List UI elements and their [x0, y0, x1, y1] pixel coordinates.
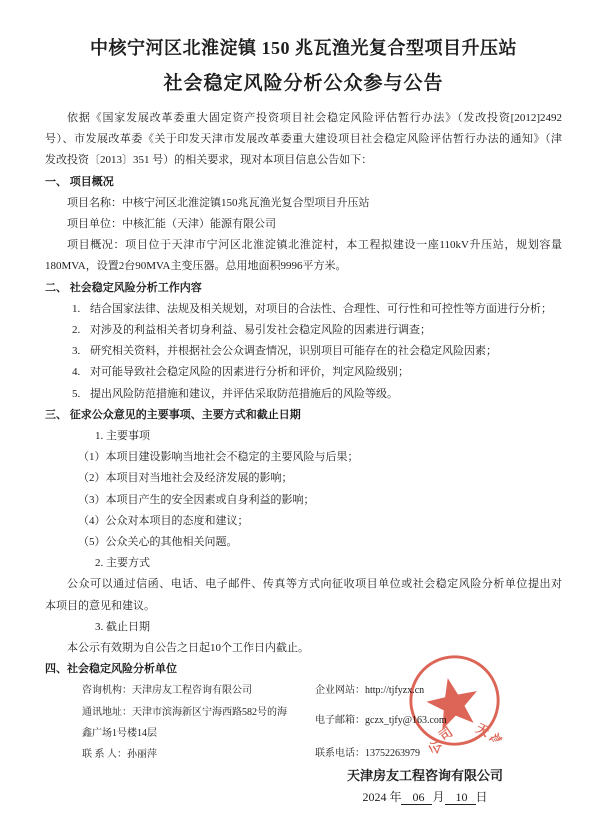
sub-section-title: 1. 主要事项 [95, 426, 562, 447]
contact-value: 13752263979 [365, 748, 420, 759]
contact-row-phone: 联系电话：13752263979 [315, 743, 562, 764]
contact-row-address: 通讯地址：天津市滨海新区宁海西路582号的海鑫广场1号楼14层 [82, 702, 294, 744]
date-month-value: 06 [401, 790, 432, 805]
risk-work-item: 3. 研究相关资料，并根据社会公众调查情况，识别项目可能存在的社会稳定风险因素； [72, 341, 562, 362]
deadline-paragraph: 本公示有效期为自公告之日起10个工作日内截止。 [45, 638, 562, 659]
section-1-heading: 一、 项目概况 [45, 172, 562, 193]
opinion-item: （4）公众对本项目的态度和建议； [78, 511, 562, 532]
risk-work-item: 5. 提出风险防范措施和建议，并评估采取防范措施后的风险等级。 [72, 384, 562, 405]
risk-work-item: 4. 对可能导致社会稳定风险的因素进行分析和评价，判定风险级别； [72, 362, 562, 383]
contact-value: 孙丽萍 [127, 749, 157, 760]
project-overview-line: 180MVA，设置2台90MVA主变压器。总用地面积9996平方米。 [45, 256, 562, 277]
opinion-item: （5）公众关心的其他相关问题。 [78, 532, 562, 553]
item-text: 对可能导致社会稳定风险的因素进行分析和评价，判定风险级别； [90, 362, 562, 383]
signature-company: 天津房友工程咨询有限公司 [340, 765, 510, 786]
contact-value: http://tjfyzx.cn [365, 685, 424, 696]
document-title-line-2: 社会稳定风险分析公众参与公告 [45, 66, 562, 102]
date-month-unit: 月 [432, 790, 444, 804]
date-day-value: 10 [445, 790, 476, 805]
item-number: 4. [72, 362, 90, 383]
contact-row-agency: 咨询机构：天津房友工程咨询有限公司 [82, 680, 294, 701]
date-day-unit: 日 [476, 790, 488, 804]
contact-row-email: 电子邮箱：gczx_tjfy@163.com [315, 710, 562, 731]
contact-label: 电子邮箱： [315, 715, 365, 726]
contact-value: 天津房友工程咨询有限公司 [132, 685, 252, 696]
project-unit: 项目单位：中核汇能（天津）能源有限公司 [45, 214, 562, 235]
contact-label: 企业网站： [315, 685, 365, 696]
contact-row-website: 企业网站：http://tjfyzx.cn [315, 680, 562, 701]
item-text: 结合国家法律、法规及相关规划，对项目的合法性、合理性、可行性和可控性等方面进行分… [90, 299, 562, 320]
contact-value: gczx_tjfy@163.com [365, 715, 447, 726]
item-number: 3. [72, 341, 90, 362]
project-name: 项目名称：中核宁河区北淮淀镇150兆瓦渔光复合型项目升压站 [45, 193, 562, 214]
contact-label: 通讯地址： [82, 707, 132, 718]
intro-paragraph: 依据《国家发展改革委重大固定资产投资项目社会稳定风险评估暂行办法》（发改投资[2… [45, 108, 562, 172]
contact-row-person: 联 系 人：孙丽萍 [82, 744, 294, 765]
item-number: 5. [72, 384, 90, 405]
document-title-line-1: 中核宁河区北淮淀镇 150 兆瓦渔光复合型项目升压站 [45, 30, 562, 66]
signature-date: 2024 年06月10日 [340, 787, 510, 808]
contact-block: 咨询机构：天津房友工程咨询有限公司 通讯地址：天津市滨海新区宁海西路582号的海… [82, 680, 562, 765]
intro-line: 依据《国家发展改革委重大固定资产投资项目社会稳定风险评估暂行办法》（发改投资[2… [45, 108, 562, 129]
opinion-item: （1）本项目建设影响当地社会不稳定的主要风险与后果； [78, 447, 562, 468]
contact-right-column: 企业网站：http://tjfyzx.cn 电子邮箱：gczx_tjfy@163… [315, 680, 562, 765]
opinion-item: （3）本项目产生的安全因素或自身利益的影响； [78, 490, 562, 511]
item-text: 研究相关资料，并根据社会公众调查情况，识别项目可能存在的社会稳定风险因素； [90, 341, 562, 362]
intro-line: 号）、市发展改革委《关于印发天津市发展改革委重大建设项目社会稳定风险评估暂行办法… [45, 129, 562, 150]
item-text: 提出风险防范措施和建议，并评估采取防范措施后的风险等级。 [90, 384, 562, 405]
section-4-heading: 四、社会稳定风险分析单位 [45, 659, 562, 680]
method-line: 本项目的意见和建议。 [45, 596, 562, 617]
opinion-item: （2）本项目对当地社会及经济发展的影响； [78, 468, 562, 489]
item-number: 1. [72, 299, 90, 320]
item-number: 2. [72, 320, 90, 341]
sub-section-title: 3. 截止日期 [95, 617, 562, 638]
contact-label: 联 系 人： [82, 749, 127, 760]
contact-label: 联系电话： [315, 748, 365, 759]
risk-work-item: 1. 结合国家法律、法规及相关规划，对项目的合法性、合理性、可行性和可控性等方面… [72, 299, 562, 320]
risk-work-item: 2. 对涉及的利益相关者切身利益、易引发社会稳定风险的因素进行调查； [72, 320, 562, 341]
announcement-document: 中核宁河区北淮淀镇 150 兆瓦渔光复合型项目升压站 社会稳定风险分析公众参与公… [0, 0, 606, 824]
contact-label: 咨询机构： [82, 685, 132, 696]
method-line: 公众可以通过信函、电话、电子邮件、传真等方式向征收项目单位或社会稳定风险分析单位… [45, 574, 562, 595]
sub-section-title: 2. 主要方式 [95, 553, 562, 574]
contact-left-column: 咨询机构：天津房友工程咨询有限公司 通讯地址：天津市滨海新区宁海西路582号的海… [82, 680, 294, 765]
item-text: 对涉及的利益相关者切身利益、易引发社会稳定风险的因素进行调查； [90, 320, 562, 341]
signature-block: 天津房友工程咨询有限公司 2024 年06月10日 [340, 765, 510, 807]
date-year: 2024 年 [362, 790, 401, 804]
project-overview: 项目概况：项目位于天津市宁河区北淮淀镇北淮淀村，本工程拟建设一座110kV升压站… [45, 235, 562, 277]
intro-line: 发改投资〔2013〕351 号）的相关要求，现对本项目信息公告如下： [45, 150, 562, 171]
section-2-heading: 二、 社会稳定风险分析工作内容 [45, 278, 562, 299]
method-paragraph: 公众可以通过信函、电话、电子邮件、传真等方式向征收项目单位或社会稳定风险分析单位… [45, 574, 562, 616]
project-overview-line: 项目概况：项目位于天津市宁河区北淮淀镇北淮淀村，本工程拟建设一座110kV升压站… [45, 235, 562, 256]
section-3-heading: 三、 征求公众意见的主要事项、主要方式和截止日期 [45, 405, 562, 426]
